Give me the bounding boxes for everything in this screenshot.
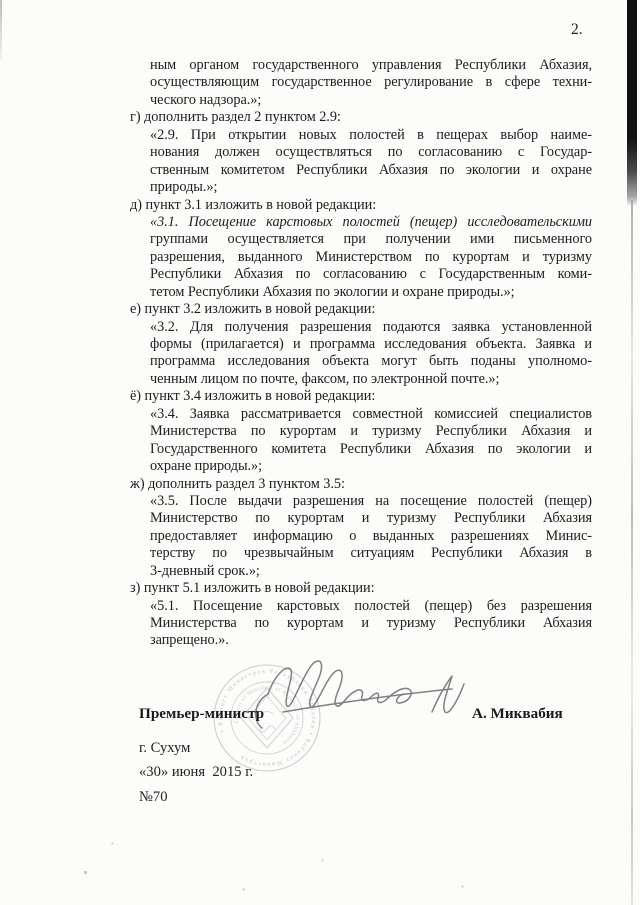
text-line: природы.»; xyxy=(150,179,592,196)
text-line: «5.1. Посещение карстовых полостей (пеще… xyxy=(150,598,592,615)
text-line: группами осуществляется при получении им… xyxy=(150,231,592,248)
text-line: разрешения, выданного Министерством по к… xyxy=(150,249,592,266)
text-line: «3.2. Для получения разрешения подаются … xyxy=(150,319,592,336)
text-line: «3.4. Заявка рассматривается совместной … xyxy=(150,406,592,423)
document-number: №70 xyxy=(139,789,168,806)
text-line: терству по чрезвычайным ситуациям Респуб… xyxy=(150,545,592,562)
text-line: «3.5. После выдачи разрешения на посещен… xyxy=(150,493,592,510)
text-line: ственным комитетом Республики Абхазия по… xyxy=(150,162,592,179)
signer-name: А. Миквабия xyxy=(472,705,563,723)
signature-scrawl xyxy=(256,661,464,728)
list-item-line: з) пункт 5.1 изложить в новой редакции: xyxy=(130,580,592,597)
text-line: предоставляет информацию о выданных разр… xyxy=(150,528,592,545)
text-line: осуществляющим государственное регулиров… xyxy=(150,74,592,91)
text-line: нования должен осуществляться по согласо… xyxy=(150,144,592,161)
text-line: Республики Абхазия по согласованию с Гос… xyxy=(150,266,592,283)
text-line: тетом Республики Абхазия по экологии и о… xyxy=(150,284,592,301)
page-number: 2. xyxy=(571,21,583,39)
scan-left-edge-artifact xyxy=(0,0,2,60)
signature-city: г. Сухум xyxy=(139,740,190,757)
scan-edge-line xyxy=(631,200,633,905)
signature-date: «30» июня 2015 г. xyxy=(139,764,253,781)
text-line: ческого надзора.»; xyxy=(150,92,592,109)
signer-title: Премьер-министр xyxy=(139,705,264,723)
text-line: программа исследования объекта могут быт… xyxy=(150,353,592,370)
text-line: ченным лицом по почте, факсом, по электр… xyxy=(150,371,592,388)
text-line: Министерства по курортам и туризму Респу… xyxy=(150,615,592,632)
scanned-document-page: 2. ным органом государственного управлен… xyxy=(0,0,640,905)
text-line: Министерства по курортам и туризму Респу… xyxy=(150,423,592,440)
scan-noise-specks xyxy=(0,0,1,1)
text-line: Министерство по курортам и туризму Респу… xyxy=(150,510,592,527)
text-line: 3-дневный срок.»; xyxy=(150,563,592,580)
list-item-line: е) пункт 3.2 изложить в новой редакции: xyxy=(130,301,592,318)
text-line: охране природы.»; xyxy=(150,458,592,475)
list-item-line: д) пункт 3.1 изложить в новой редакции: xyxy=(130,197,592,214)
text-line: ным органом государственного управления … xyxy=(150,57,592,74)
text-line: Государственного комитета Республики Абх… xyxy=(150,441,592,458)
text-line: запрещено.». xyxy=(150,632,592,649)
text-line: формы (прилагается) и программа исследов… xyxy=(150,336,592,353)
list-item-line: г) дополнить раздел 2 пунктом 2.9: xyxy=(130,109,592,126)
text-line: «2.9. При открытии новых полостей в пеще… xyxy=(150,127,592,144)
text-line: «3.1. Посещение карстовых полостей (пеще… xyxy=(150,214,592,231)
document-body: ным органом государственного управления … xyxy=(150,57,592,650)
list-item-line: ё) пункт 3.4 изложить в новой редакции: xyxy=(130,388,592,405)
scan-edge-artifact xyxy=(627,0,637,205)
list-item-line: ж) дополнить раздел 3 пунктом 3.5: xyxy=(130,476,592,493)
